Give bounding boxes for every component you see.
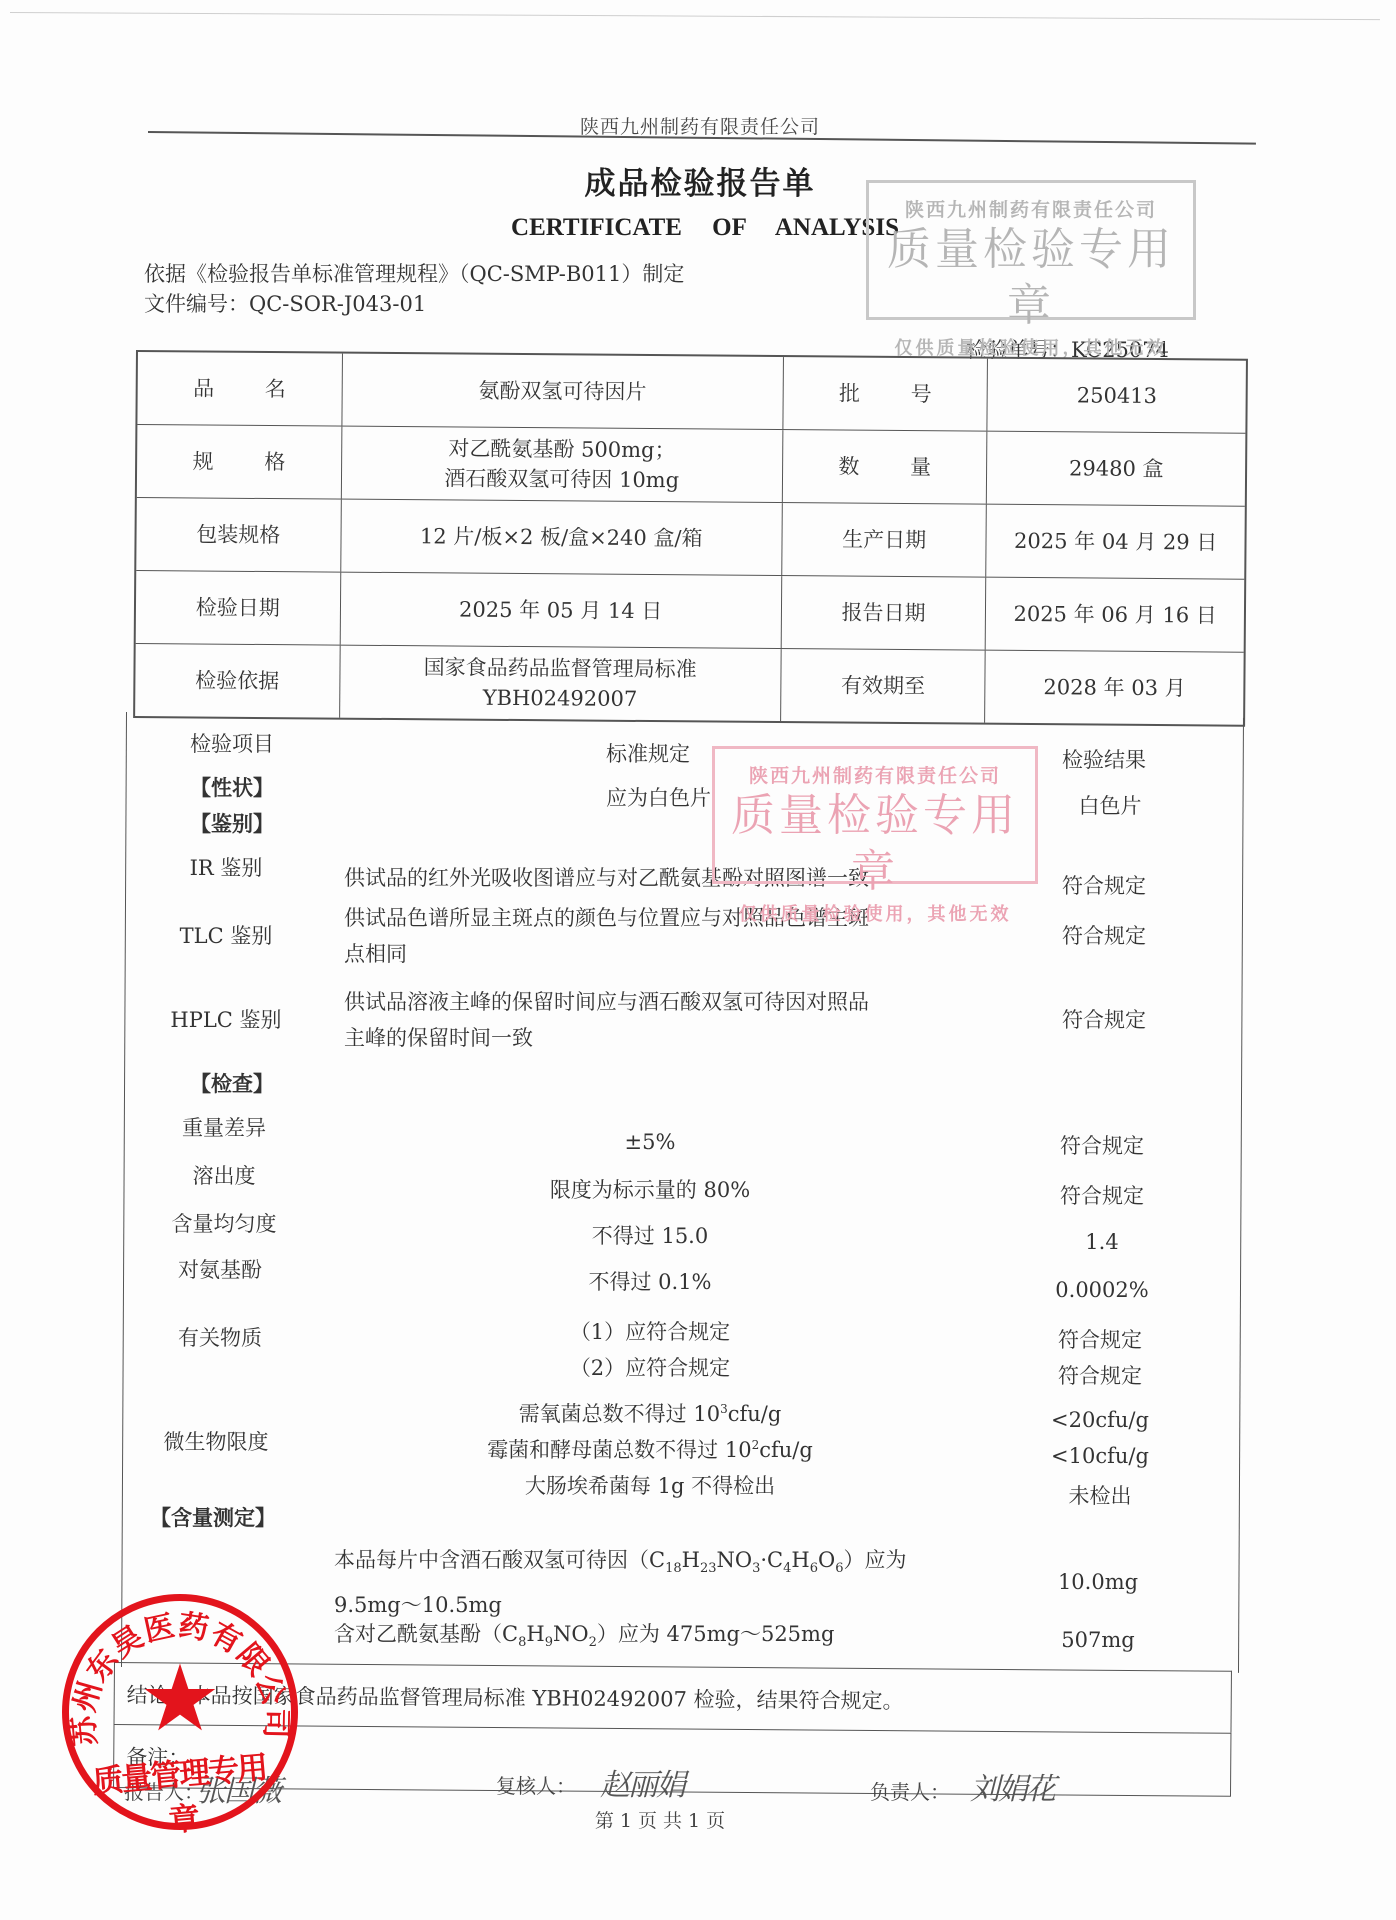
std-hplc: 供试品溶液主峰的保留时间应与酒石酸双氢可待因对照品 主峰的保留时间一致 — [344, 984, 869, 1056]
result-microbial-1: <20cfu/g — [1020, 1408, 1180, 1432]
responsible-label: 负责人： — [870, 1776, 950, 1805]
std-related-substances-1: （1）应符合规定 — [340, 1316, 960, 1346]
result-ir: 符合规定 — [1024, 870, 1184, 900]
red-company-seal: 苏州东昊医药有限公司 ★ 质量管理专用章 — [62, 1594, 298, 1830]
grey-quality-stamp: 陕西九州制药有限责任公司 质量检验专用章 仅供质量检验使用，其他无效 — [866, 180, 1196, 320]
result-weight-variation: 符合规定 — [1022, 1130, 1182, 1160]
value-product-name: 氨酚双氢可待因片 — [342, 354, 784, 429]
col-header-result: 检验结果 — [1062, 744, 1146, 774]
star-icon: ★ — [139, 1653, 221, 1745]
result-content-uniformity: 1.4 — [1022, 1230, 1182, 1254]
item-microbial-limit: 微生物限度 — [116, 1426, 316, 1456]
value-expiry: 2028 年 03 月 — [986, 651, 1244, 725]
std-microbial-1: 需氧菌总数不得过 103cfu/g — [340, 1398, 960, 1428]
table-row: 检验日期 2025 年 05 月 14 日 报告日期 2025 年 06 月 1… — [136, 571, 1245, 653]
result-hplc: 符合规定 — [1024, 1004, 1184, 1034]
value-batch-no: 250413 — [988, 359, 1246, 433]
stamp-company: 陕西九州制药有限责任公司 — [715, 761, 1035, 788]
label-report-date: 报告日期 — [782, 576, 987, 650]
table-row: 包装规格 12 片/板×2 板/盒×240 盒/箱 生产日期 2025 年 04… — [136, 498, 1245, 580]
std-weight-variation: ±5% — [340, 1130, 960, 1154]
label-product-name: 品 名 — [137, 352, 342, 426]
value-inspection-basis: 国家食品药品监督管理局标准YBH02492007 — [340, 646, 782, 721]
table-row: 规 格 对乙酰氨基酚 500mg；酒石酸双氢可待因 10mg 数 量 29480… — [137, 425, 1246, 507]
std-assay-apap: 含对乙酰氨基酚（C8H9NO2）应为 475mg～525mg — [334, 1618, 834, 1650]
page-number: 第 1 页 共 1 页 — [560, 1806, 760, 1833]
section-tests: 【检查】 — [132, 1068, 332, 1098]
result-appearance: 白色片 — [1030, 790, 1190, 820]
result-tlc: 符合规定 — [1024, 920, 1184, 950]
reviewer-signature: 赵丽娟 — [600, 1760, 684, 1804]
result-p-aminophenol: 0.0002% — [1022, 1278, 1182, 1302]
section-assay: 【含量测定】 — [150, 1502, 276, 1532]
col-header-item: 检验项目 — [132, 728, 332, 758]
std-related-substances-2: （2）应符合规定 — [340, 1352, 960, 1382]
stamp-title: 质量检验专用章 — [869, 222, 1193, 334]
stamp-note: 仅供质量检验使用，其他无效 — [715, 900, 1035, 926]
item-related-substances: 有关物质 — [120, 1322, 320, 1352]
stamp-company: 陕西九州制药有限责任公司 — [869, 195, 1193, 222]
result-related-substances-2: 符合规定 — [1020, 1360, 1180, 1390]
col-header-standard: 标准规定 — [606, 738, 690, 768]
std-content-uniformity: 不得过 15.0 — [340, 1220, 960, 1250]
item-content-uniformity: 含量均匀度 — [124, 1208, 324, 1238]
value-quantity: 29480 盒 — [987, 432, 1245, 506]
item-ir: IR 鉴别 — [126, 852, 326, 882]
label-specification: 规 格 — [137, 425, 342, 499]
label-expiry: 有效期至 — [781, 649, 986, 723]
seal-title: 质量管理专用章 — [77, 1740, 284, 1847]
value-packaging: 12 片/板×2 板/盒×240 盒/箱 — [341, 500, 783, 575]
value-production-date: 2025 年 04 月 29 日 — [987, 505, 1245, 579]
label-inspection-date: 检验日期 — [136, 571, 341, 645]
std-dissolution: 限度为标示量的 80% — [340, 1174, 960, 1204]
std-p-aminophenol: 不得过 0.1% — [340, 1266, 960, 1296]
result-assay-apap: 507mg — [1018, 1628, 1178, 1652]
file-number: 文件编号：QC-SOR-J043-01 — [144, 288, 426, 318]
value-inspection-date: 2025 年 05 月 14 日 — [340, 573, 782, 648]
result-related-substances-1: 符合规定 — [1020, 1324, 1180, 1354]
item-weight-variation: 重量差异 — [124, 1112, 324, 1142]
table-row: 品 名 氨酚双氢可待因片 批 号 250413 — [137, 352, 1246, 434]
reviewer-label: 复核人： — [496, 1770, 576, 1799]
value-report-date: 2025 年 06 月 16 日 — [986, 578, 1244, 652]
label-production-date: 生产日期 — [782, 503, 987, 577]
result-assay-codeine: 10.0mg — [1018, 1570, 1178, 1594]
section-identification: 【鉴别】 — [132, 808, 332, 838]
label-packaging: 包装规格 — [136, 498, 341, 572]
std-appearance: 应为白色片 — [606, 782, 711, 812]
basis-statement: 依据《检验报告单标准管理规程》（QC-SMP-B011）制定 — [144, 258, 684, 288]
label-quantity: 数 量 — [783, 430, 988, 504]
product-info-table: 品 名 氨酚双氢可待因片 批 号 250413 规 格 对乙酰氨基酚 500mg… — [133, 350, 1248, 727]
label-inspection-basis: 检验依据 — [135, 644, 340, 718]
std-microbial-2: 霉菌和酵母菌总数不得过 102cfu/g — [340, 1434, 960, 1464]
scan-edge-line — [10, 12, 1380, 20]
item-tlc: TLC 鉴别 — [126, 920, 326, 950]
std-assay-codeine: 本品每片中含酒石酸双氢可待因（C18H23NO3·C4H6O6）应为 9.5mg… — [334, 1542, 907, 1623]
pink-quality-stamp: 陕西九州制药有限责任公司 质量检验专用章 仅供质量检验使用，其他无效 — [712, 746, 1038, 884]
item-p-aminophenol: 对氨基酚 — [120, 1254, 320, 1284]
label-batch-no: 批 号 — [783, 357, 988, 431]
document-title: 成品检验报告单 — [480, 158, 920, 203]
result-microbial-3: 未检出 — [1020, 1480, 1180, 1510]
std-microbial-3: 大肠埃希菌每 1g 不得检出 — [340, 1470, 960, 1500]
result-dissolution: 符合规定 — [1022, 1180, 1182, 1210]
stamp-title: 质量检验专用章 — [715, 788, 1035, 900]
section-appearance: 【性状】 — [132, 772, 332, 802]
result-microbial-2: <10cfu/g — [1020, 1444, 1180, 1468]
item-hplc: HPLC 鉴别 — [126, 1004, 326, 1034]
responsible-signature: 刘娟花 — [970, 1764, 1054, 1808]
value-specification: 对乙酰氨基酚 500mg；酒石酸双氢可待因 10mg — [341, 427, 783, 502]
item-dissolution: 溶出度 — [124, 1160, 324, 1190]
